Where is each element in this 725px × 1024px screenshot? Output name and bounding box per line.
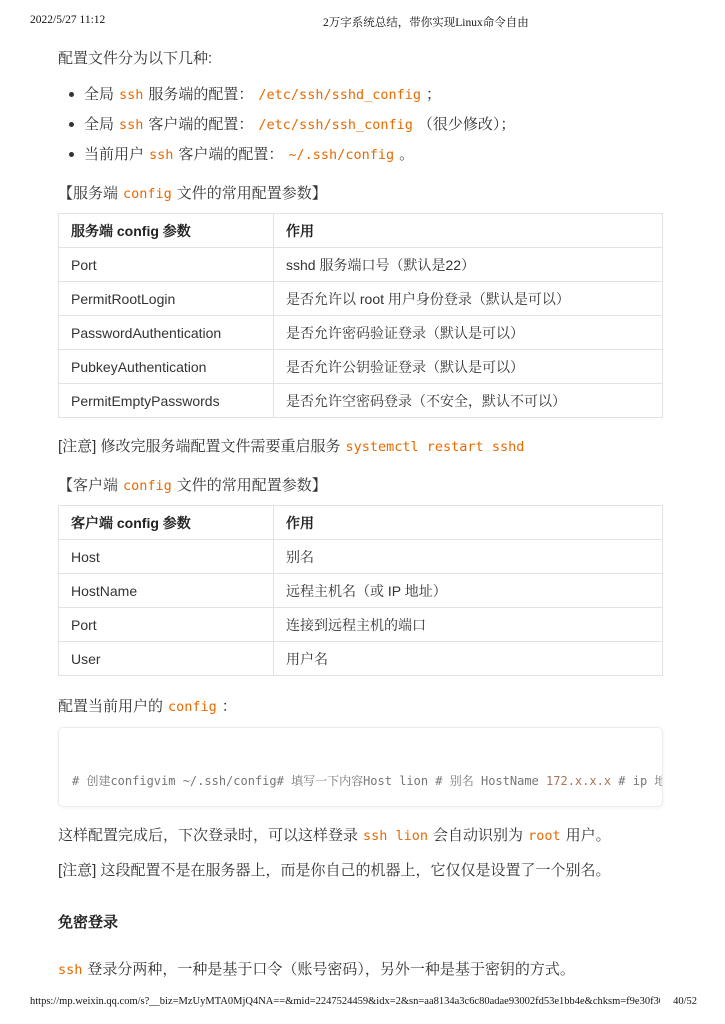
desc-cell: 是否允许密码验证登录（默认是可以） xyxy=(274,316,663,350)
paragraph-text: 会自动识别为 xyxy=(433,827,523,844)
print-footer: https://mp.weixin.qq.com/s?__biz=MzUyMTA… xyxy=(30,996,697,1007)
list-item-text: 全局 xyxy=(84,86,114,103)
table-row: PubkeyAuthentication 是否允许公钥验证登录（默认是可以） xyxy=(59,350,663,384)
heading-text: 文件的常用配置参数】 xyxy=(177,185,327,202)
desc-cell: 是否允许公钥验证登录（默认是可以） xyxy=(274,350,663,384)
desc-cell: 是否允许空密码登录（不安全，默认不可以） xyxy=(274,384,663,418)
desc-cell: 别名 xyxy=(274,540,663,574)
article-content: 配置文件分为以下几种: 全局ssh服务端的配置：/etc/ssh/sshd_co… xyxy=(58,40,663,981)
inline-code: ~/.ssh/config xyxy=(288,147,394,163)
code-block: # 创建configvim ~/.ssh/config# 填写一下内容Host … xyxy=(58,727,663,807)
heading-text: 文件的常用配置参数】 xyxy=(177,477,327,494)
section-heading: 免密登录 xyxy=(58,912,663,933)
article-title: 2万字系统总结，带你实现Linux命令自由 xyxy=(323,14,529,30)
heading-text: 【客户端 xyxy=(58,477,118,494)
inline-code: ssh xyxy=(119,87,143,103)
config-file-list: 全局ssh服务端的配置：/etc/ssh/sshd_config； 全局ssh客… xyxy=(58,84,663,166)
column-header: 作用 xyxy=(274,214,663,248)
inline-code: systemctl restart sshd xyxy=(346,439,525,455)
column-header: 作用 xyxy=(274,506,663,540)
paragraph-text: 配置当前用户的 xyxy=(58,698,163,715)
source-url: https://mp.weixin.qq.com/s?__biz=MzUyMTA… xyxy=(30,996,660,1007)
list-item-text: 当前用户 xyxy=(84,146,144,163)
param-cell: Host xyxy=(59,540,274,574)
client-config-table: 客户端 config 参数 作用 Host 别名 HostName 远程主机名（… xyxy=(58,505,663,676)
print-header: 2022/5/27 11:12 2万字系统总结，带你实现Linux命令自由 xyxy=(0,14,725,30)
server-table-heading: 【服务端config文件的常用配置参数】 xyxy=(58,183,663,205)
config-intro-paragraph: 配置当前用户的config： xyxy=(58,696,663,718)
server-config-table: 服务端 config 参数 作用 Port sshd 服务端口号（默认是22） … xyxy=(58,213,663,418)
code-text: # 创建configvim ~/.ssh/config# 填写一下内容Host … xyxy=(72,774,546,788)
param-cell: Port xyxy=(59,248,274,282)
inline-code: config xyxy=(123,478,172,494)
inline-code: config xyxy=(168,699,217,715)
desc-cell: 是否允许以 root 用户身份登录（默认是可以） xyxy=(274,282,663,316)
paragraph-text: 这样配置完成后，下次登录时，可以这样登录 xyxy=(58,827,358,844)
list-item: 全局ssh客户端的配置：/etc/ssh/ssh_config（很少修改）； xyxy=(84,114,663,136)
table-row: Port 连接到远程主机的端口 xyxy=(59,608,663,642)
param-cell: User xyxy=(59,642,274,676)
desc-cell: sshd 服务端口号（默认是22） xyxy=(274,248,663,282)
param-cell: PasswordAuthentication xyxy=(59,316,274,350)
printed-article-page: { "header": { "datetime": "2022/5/27 11:… xyxy=(0,0,725,1024)
page-number: 40/52 xyxy=(673,996,697,1007)
table-row: User 用户名 xyxy=(59,642,663,676)
inline-code: ssh xyxy=(119,117,143,133)
list-item: 全局ssh服务端的配置：/etc/ssh/sshd_config； xyxy=(84,84,663,106)
table-row: PermitRootLogin 是否允许以 root 用户身份登录（默认是可以） xyxy=(59,282,663,316)
desc-cell: 远程主机名（或 IP 地址） xyxy=(274,574,663,608)
param-cell: PermitEmptyPasswords xyxy=(59,384,274,418)
column-header: 客户端 config 参数 xyxy=(59,506,274,540)
table-row: Port sshd 服务端口号（默认是22） xyxy=(59,248,663,282)
table-row: PasswordAuthentication 是否允许密码验证登录（默认是可以） xyxy=(59,316,663,350)
inline-code: ssh xyxy=(149,147,173,163)
heading-text: 【服务端 xyxy=(58,185,118,202)
list-item: 当前用户ssh客户端的配置：~/.ssh/config。 xyxy=(84,144,663,166)
list-item-text: 。 xyxy=(399,146,414,163)
table-row: PermitEmptyPasswords 是否允许空密码登录（不安全，默认不可以… xyxy=(59,384,663,418)
list-item-text: 全局 xyxy=(84,116,114,133)
code-ip-number: 172.x.x.x xyxy=(546,774,611,788)
list-item-text: （很少修改）； xyxy=(418,116,516,133)
table-row: Host 别名 xyxy=(59,540,663,574)
list-item-text: 客户端的配置： xyxy=(148,116,253,133)
inline-code: ssh lion xyxy=(363,828,428,844)
bullet-icon xyxy=(69,122,74,127)
ssh-login-paragraph: ssh登录分两种，一种是基于口令（账号密码），另外一种是基于密钥的方式。 xyxy=(58,959,663,981)
table-row: HostName 远程主机名（或 IP 地址） xyxy=(59,574,663,608)
paragraph-text: 登录分两种，一种是基于口令（账号密码），另外一种是基于密钥的方式。 xyxy=(87,961,575,978)
desc-cell: 用户名 xyxy=(274,642,663,676)
print-datetime: 2022/5/27 11:12 xyxy=(30,14,105,26)
client-table-heading: 【客户端config文件的常用配置参数】 xyxy=(58,475,663,497)
paragraph-text: 用户。 xyxy=(566,827,611,844)
param-cell: Port xyxy=(59,608,274,642)
list-item-text: 客户端的配置： xyxy=(178,146,283,163)
table-header-row: 客户端 config 参数 作用 xyxy=(59,506,663,540)
inline-code: config xyxy=(123,186,172,202)
inline-code: /etc/ssh/sshd_config xyxy=(258,87,421,103)
param-cell: PubkeyAuthentication xyxy=(59,350,274,384)
after-config-paragraph: 这样配置完成后，下次登录时，可以这样登录ssh lion会自动识别为root用户… xyxy=(58,825,663,847)
paragraph-text: ： xyxy=(222,698,237,715)
intro-paragraph: 配置文件分为以下几种: xyxy=(58,48,663,69)
inline-code: ssh xyxy=(58,962,82,978)
code-text: # ip 地址 Port xyxy=(611,774,663,788)
list-item-text: 服务端的配置： xyxy=(148,86,253,103)
list-item-text: ； xyxy=(426,86,441,103)
bullet-icon xyxy=(69,152,74,157)
desc-cell: 连接到远程主机的端口 xyxy=(274,608,663,642)
alias-note: [注意] 这段配置不是在服务器上，而是你自己的机器上，它仅仅是设置了一个别名。 xyxy=(58,860,663,881)
param-cell: PermitRootLogin xyxy=(59,282,274,316)
inline-code: /etc/ssh/ssh_config xyxy=(258,117,412,133)
table-header-row: 服务端 config 参数 作用 xyxy=(59,214,663,248)
note-text: [注意] 修改完服务端配置文件需要重启服务 xyxy=(58,438,341,455)
column-header: 服务端 config 参数 xyxy=(59,214,274,248)
bullet-icon xyxy=(69,92,74,97)
restart-note: [注意] 修改完服务端配置文件需要重启服务systemctl restart s… xyxy=(58,436,663,458)
inline-code: root xyxy=(528,828,561,844)
param-cell: HostName xyxy=(59,574,274,608)
